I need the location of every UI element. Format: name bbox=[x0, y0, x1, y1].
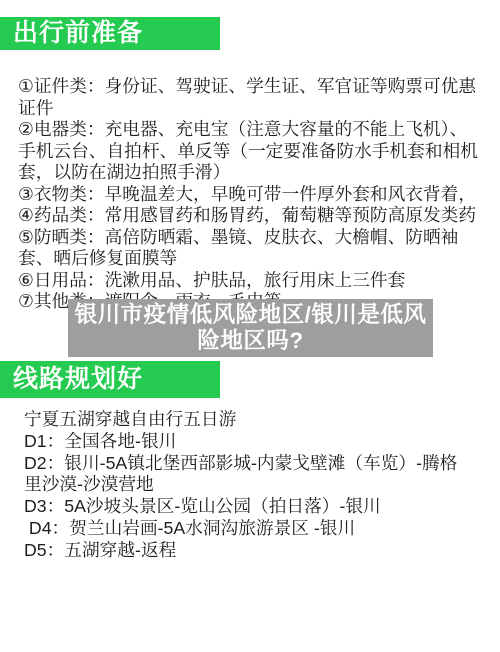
itinerary-day-4: D4：贺兰山岩画-5A水洞沟旅游景区 -银川 bbox=[24, 518, 464, 540]
checklist-item-clothing: ③衣物类：早晚温差大，早晚可带一件厚外套和风衣背着， bbox=[18, 184, 480, 206]
prep-section-header: 出行前准备 bbox=[0, 17, 220, 50]
travel-guide-page: 出行前准备 ①证件类：身份证、驾驶证、学生证、军官证等购票可优惠证件 ②电器类：… bbox=[0, 0, 500, 652]
checklist-item-sunscreen: ⑤防晒类：高倍防晒霜、墨镜、皮肤衣、大檐帽、防晒袖套、晒后修复面膜等 bbox=[18, 227, 480, 270]
itinerary-day-2: D2：银川-5A镇北堡西部影城-内蒙戈壁滩（车览）-腾格里沙漠-沙漠营地 bbox=[24, 453, 464, 497]
itinerary-day-1: D1：全国各地-银川 bbox=[24, 431, 464, 453]
checklist-item-electronics: ②电器类：充电器、充电宝（注意大容量的不能上飞机）、手机云台、自拍杆、单反等（一… bbox=[18, 119, 480, 184]
route-section-header: 线路规划好 bbox=[0, 361, 220, 398]
itinerary-day-5: D5：五湖穿越-返程 bbox=[24, 540, 464, 562]
itinerary-day-3: D3：5A沙坡头景区-览山公园（拍日落）-银川 bbox=[24, 496, 464, 518]
checklist-item-documents: ①证件类：身份证、驾驶证、学生证、军官证等购票可优惠证件 bbox=[18, 76, 480, 119]
news-title-line1: 银川市疫情低风险地区/银川是低风 bbox=[68, 302, 433, 328]
trip-title: 宁夏五湖穿越自由行五日游 bbox=[24, 409, 464, 431]
news-title-overlay: 银川市疫情低风险地区/银川是低风 险地区吗? bbox=[68, 299, 433, 357]
checklist-item-daily-goods: ⑥日用品：洗漱用品、护肤品，旅行用床上三件套 bbox=[18, 270, 480, 292]
prep-checklist: ①证件类：身份证、驾驶证、学生证、军官证等购票可优惠证件 ②电器类：充电器、充电… bbox=[18, 76, 480, 313]
checklist-item-medicine: ④药品类：常用感冒药和肠胃药，葡萄糖等预防高原发类药 bbox=[18, 205, 480, 227]
news-title-line2: 险地区吗? bbox=[68, 328, 433, 354]
route-itinerary: 宁夏五湖穿越自由行五日游 D1：全国各地-银川 D2：银川-5A镇北堡西部影城-… bbox=[24, 409, 464, 562]
